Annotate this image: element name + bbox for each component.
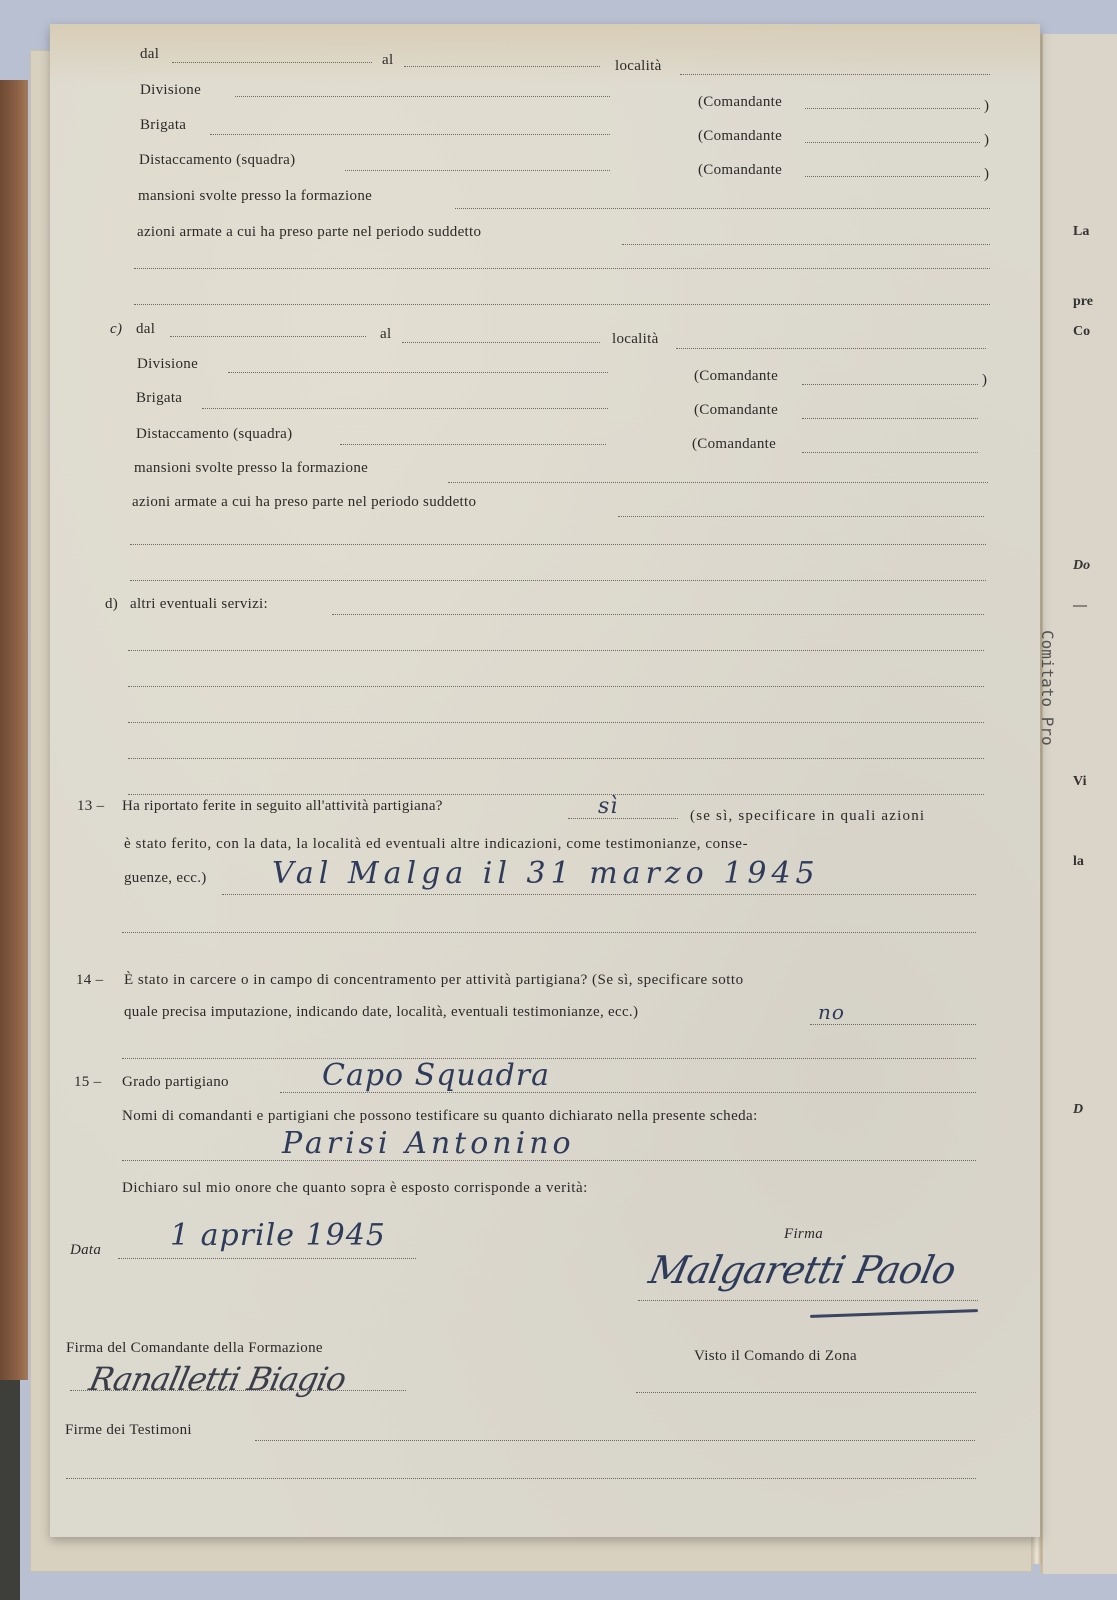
testimoni-field-line[interactable]	[66, 1478, 976, 1479]
firma-field[interactable]	[638, 1300, 978, 1301]
dal-field[interactable]	[170, 336, 366, 337]
section-c-letter: c)	[110, 321, 122, 338]
declaration-text: Dichiaro sul mio onore che quanto sopra …	[122, 1180, 588, 1197]
distaccamento-field[interactable]	[340, 444, 606, 445]
q14-question: quale precisa imputazione, indicando dat…	[124, 1004, 638, 1021]
comandante-distaccamento-field[interactable]	[802, 452, 978, 453]
mansioni-label: mansioni svolte presso la formazione	[134, 460, 368, 477]
distaccamento-field[interactable]	[345, 170, 610, 171]
divisione-field[interactable]	[235, 96, 610, 97]
adjacent-page-fragment: Co	[1073, 324, 1090, 340]
q13-details-field[interactable]	[222, 894, 976, 895]
q15-number: 15 –	[74, 1074, 101, 1091]
comandante-label: (Comandante	[698, 162, 782, 179]
comandante-divisione-field[interactable]	[805, 108, 980, 109]
q13-details-line[interactable]	[122, 932, 976, 933]
comandante-label: (Comandante	[698, 128, 782, 145]
data-field[interactable]	[118, 1258, 416, 1259]
q14-number: 14 –	[76, 972, 103, 989]
adjacent-page: La pre Co Do — Vi la D	[1040, 34, 1117, 1574]
localita-label: località	[615, 58, 662, 75]
q14-question: È stato in carcere o in campo di concent…	[124, 972, 744, 989]
comandante-brigata-field[interactable]	[805, 142, 980, 143]
distaccamento-label: Distaccamento (squadra)	[139, 152, 295, 169]
q13-instructions: è stato ferito, con la data, la località…	[124, 836, 748, 853]
section-d-letter: d)	[105, 596, 118, 613]
adjacent-page-fragment: La	[1073, 224, 1089, 240]
azioni-label: azioni armate a cui ha preso parte nel p…	[137, 224, 481, 241]
adjacent-page-fragment: Vi	[1073, 774, 1086, 790]
spine-stamp: Comitato Pro	[1038, 630, 1057, 746]
altri-servizi-field[interactable]	[332, 614, 984, 615]
comandante-distaccamento-field[interactable]	[805, 176, 980, 177]
adjacent-page-fragment: D	[1073, 1102, 1083, 1118]
binder-cover-edge	[0, 80, 28, 1380]
data-label: Data	[70, 1242, 101, 1259]
nomi-value: Parisi Antonino	[282, 1126, 575, 1161]
dal-label: dal	[136, 321, 155, 338]
localita-field[interactable]	[680, 74, 990, 75]
q13-question: Ha riportato ferite in seguito all'attiv…	[122, 798, 443, 815]
comandante-label: (Comandante	[694, 402, 778, 419]
comandante-label: (Comandante	[694, 368, 778, 385]
azioni-label: azioni armate a cui ha preso parte nel p…	[132, 494, 476, 511]
al-label: al	[380, 326, 391, 343]
altri-servizi-line[interactable]	[128, 722, 984, 723]
q13-answer-field[interactable]	[568, 818, 678, 819]
localita-field[interactable]	[676, 348, 986, 349]
adjacent-page-fragment: Do	[1073, 558, 1090, 574]
nomi-label: Nomi di comandanti e partigiani che poss…	[122, 1108, 758, 1125]
form-page: dal al località Divisione (Comandante ) …	[50, 24, 1040, 1537]
altri-servizi-line[interactable]	[128, 686, 984, 687]
q13-details: Val Malga il 31 marzo 1945	[272, 856, 820, 891]
adjacent-page-fragment: la	[1073, 854, 1084, 870]
altri-servizi-line[interactable]	[128, 650, 984, 651]
testimoni-field[interactable]	[255, 1440, 975, 1441]
dal-label: dal	[140, 46, 159, 63]
firma-label: Firma	[784, 1226, 823, 1243]
azioni-field[interactable]	[622, 244, 990, 245]
visto-field[interactable]	[636, 1392, 976, 1393]
azioni-field-line[interactable]	[134, 268, 990, 269]
altri-servizi-line[interactable]	[128, 794, 984, 795]
adjacent-page-fragment: pre	[1073, 294, 1093, 310]
distaccamento-label: Distaccamento (squadra)	[136, 426, 292, 443]
comandante-label: (Comandante	[698, 94, 782, 111]
brigata-label: Brigata	[140, 117, 186, 134]
dal-field[interactable]	[172, 62, 372, 63]
close-paren: )	[984, 98, 989, 115]
mansioni-label: mansioni svolte presso la formazione	[138, 188, 372, 205]
grado-label: Grado partigiano	[122, 1074, 229, 1091]
azioni-field-line[interactable]	[130, 580, 986, 581]
altri-servizi-label: altri eventuali servizi:	[130, 596, 268, 613]
comandante-divisione-field[interactable]	[802, 384, 978, 385]
divisione-label: Divisione	[137, 356, 198, 373]
azioni-field-line[interactable]	[134, 304, 990, 305]
mansioni-field[interactable]	[455, 208, 990, 209]
azioni-field-line[interactable]	[130, 544, 986, 545]
q13-instructions: guenze, ecc.)	[124, 870, 207, 887]
localita-label: località	[612, 331, 659, 348]
divisione-field[interactable]	[228, 372, 608, 373]
al-label: al	[382, 52, 393, 69]
signature-underline	[810, 1309, 978, 1318]
divisione-label: Divisione	[140, 82, 201, 99]
close-paren: )	[984, 166, 989, 183]
q13-number: 13 –	[77, 798, 104, 815]
azioni-field[interactable]	[618, 516, 984, 517]
al-field[interactable]	[402, 342, 600, 343]
al-field[interactable]	[404, 66, 600, 67]
brigata-label: Brigata	[136, 390, 182, 407]
q13-answer: sì	[598, 794, 618, 819]
mansioni-field[interactable]	[448, 482, 988, 483]
grado-value: Capo Squadra	[322, 1058, 550, 1093]
close-paren: )	[984, 132, 989, 149]
close-paren: )	[982, 372, 987, 389]
altri-servizi-line[interactable]	[128, 758, 984, 759]
comandante-brigata-field[interactable]	[802, 418, 978, 419]
comandante-formazione-label: Firma del Comandante della Formazione	[66, 1340, 323, 1357]
testimoni-label: Firme dei Testimoni	[65, 1422, 192, 1439]
data-value: 1 aprile 1945	[170, 1218, 386, 1253]
q13-instructions: (se sì, specificare in quali azioni	[690, 808, 925, 825]
adjacent-page-fragment: —	[1073, 598, 1087, 614]
comandante-label: (Comandante	[692, 436, 776, 453]
q14-answer-field[interactable]	[810, 1024, 976, 1025]
firma-signature: Malgaretti Paolo	[645, 1248, 959, 1292]
comandante-formazione-field[interactable]	[70, 1390, 406, 1391]
comandante-formazione-signature: Ranalletti Biagio	[86, 1360, 349, 1398]
binder-base	[0, 1380, 20, 1600]
brigata-field[interactable]	[210, 134, 610, 135]
q14-answer: no	[818, 1000, 845, 1024]
paper-aging	[50, 24, 1040, 84]
visto-label: Visto il Comando di Zona	[694, 1348, 857, 1365]
brigata-field[interactable]	[202, 408, 608, 409]
